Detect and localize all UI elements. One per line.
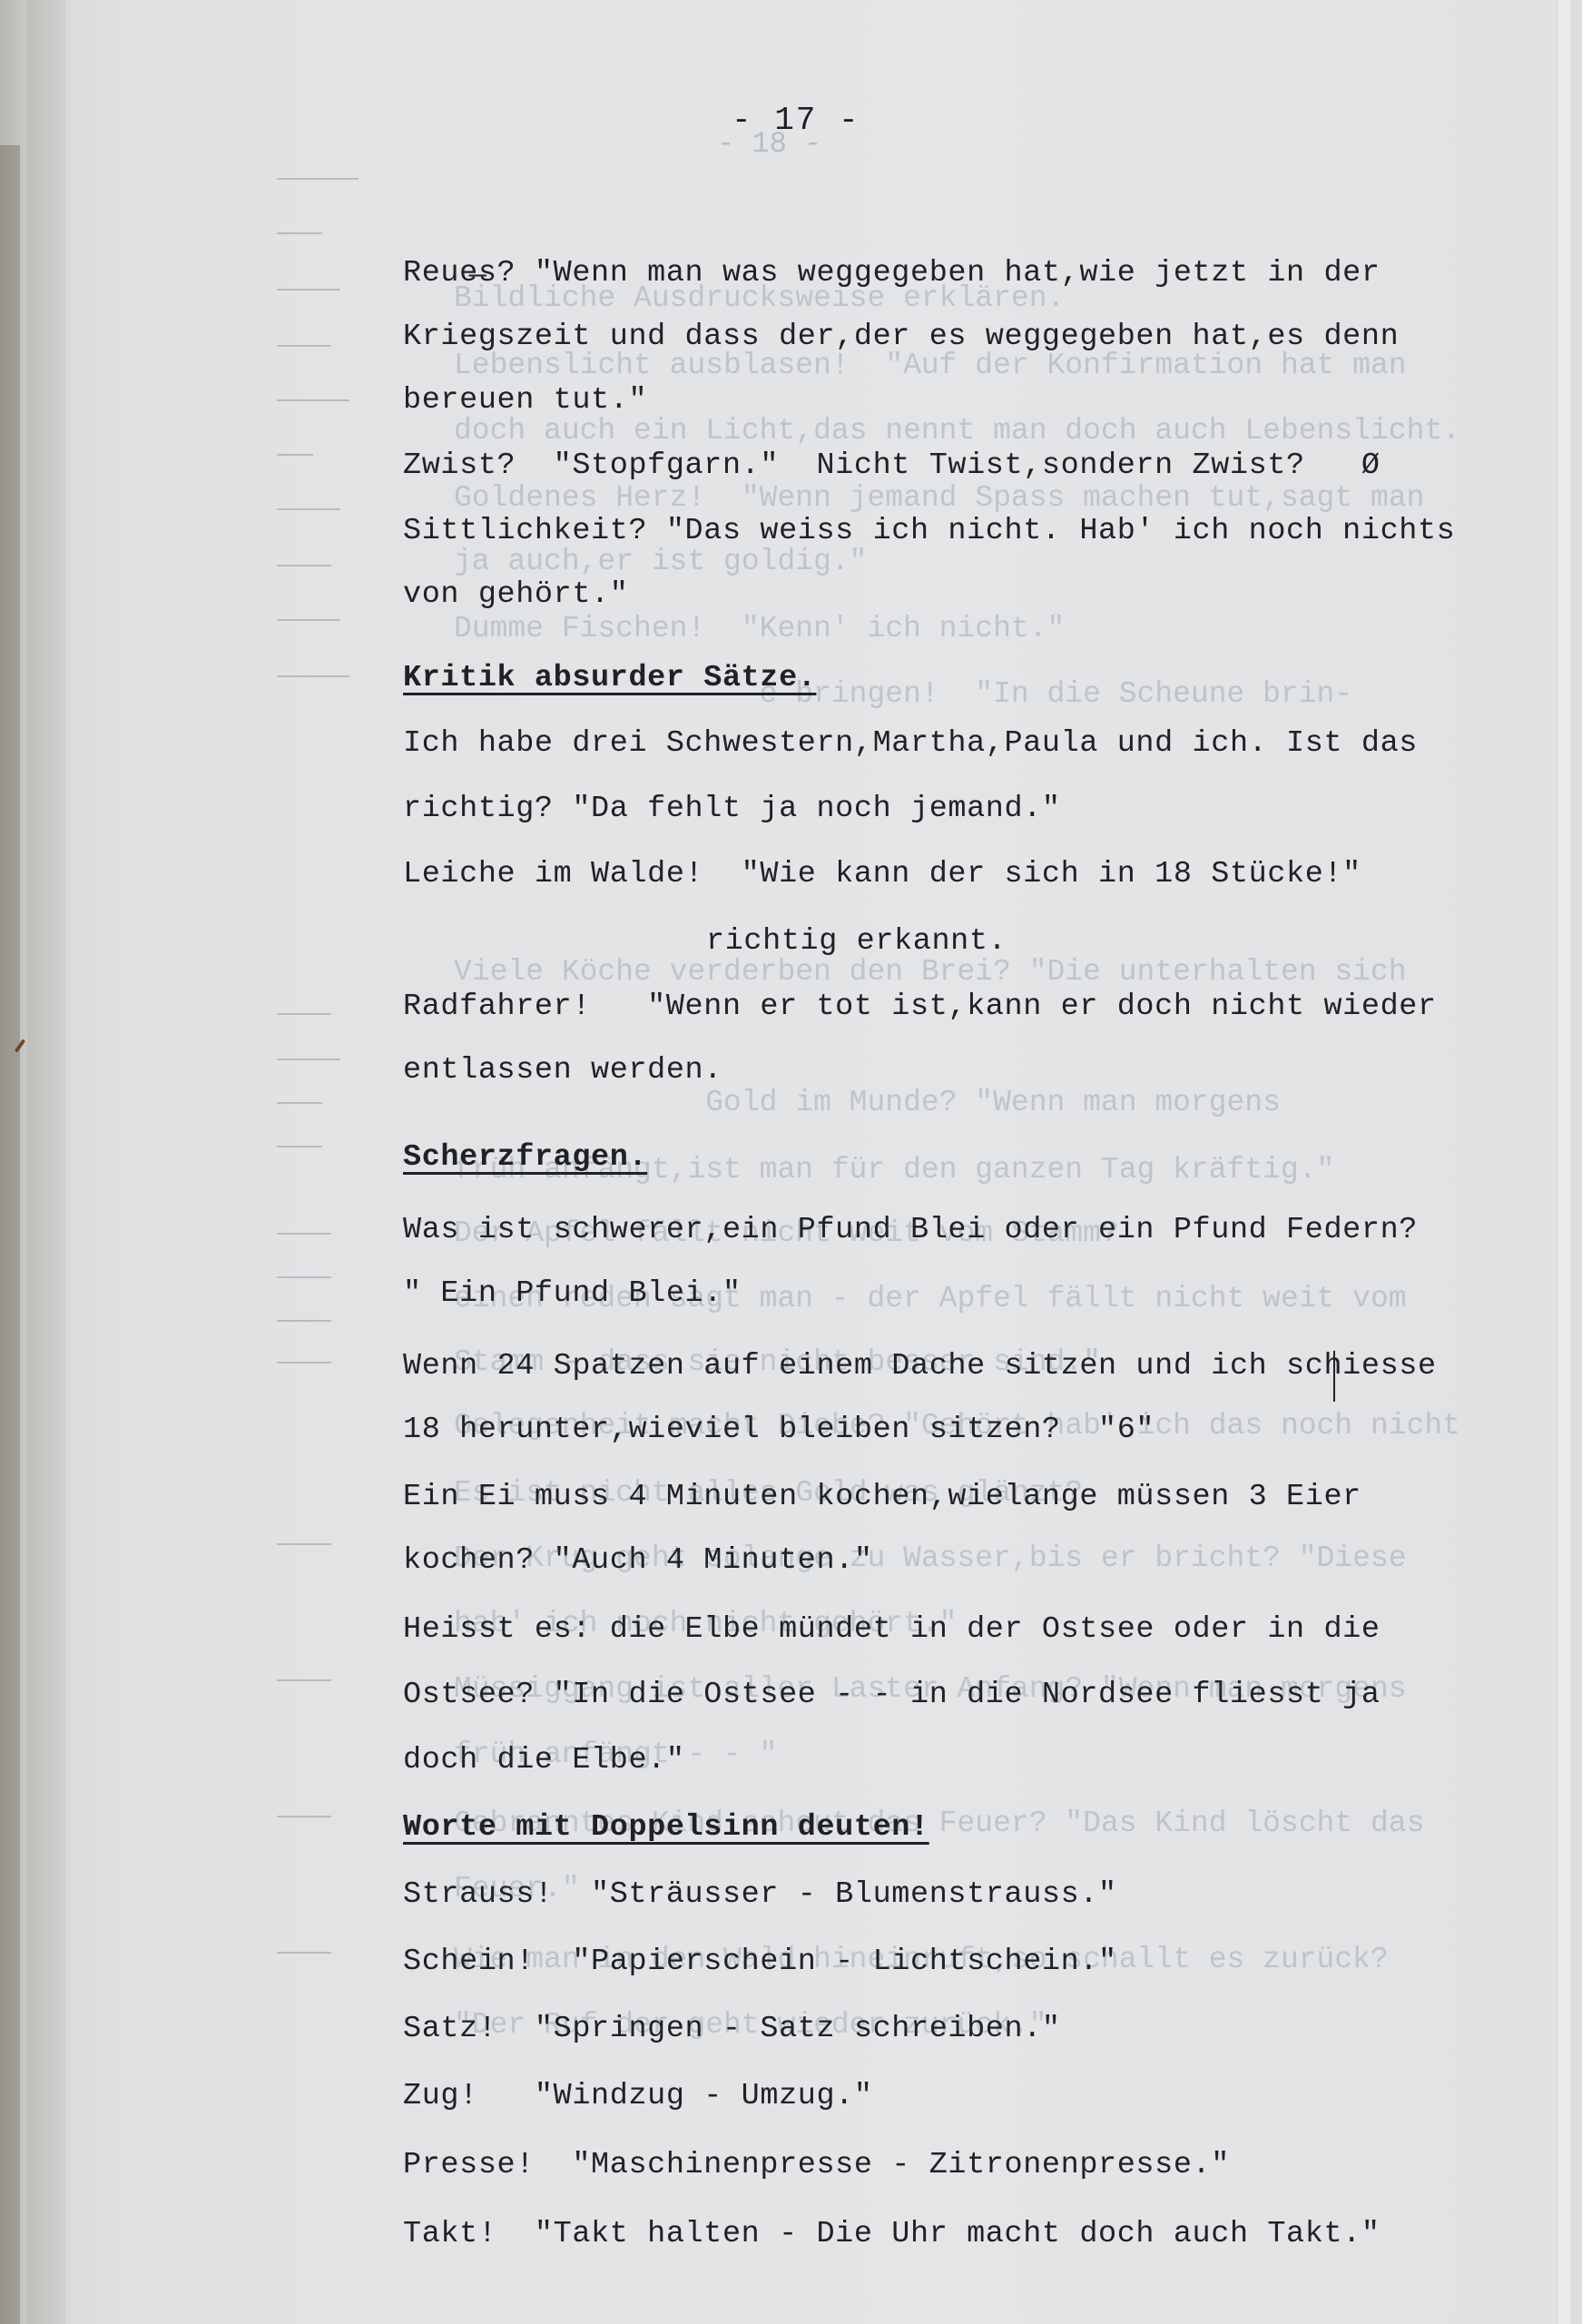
text-line: Ich habe drei Schwestern,Martha,Paula un… [403, 726, 1418, 761]
margin-mark [277, 399, 349, 401]
margin-mark [277, 675, 349, 677]
page-number: - 17 - [732, 102, 860, 139]
margin-mark [277, 1952, 331, 1954]
margin-mark [277, 619, 340, 621]
margin-mark [277, 1013, 331, 1015]
text-line: doch die Elbe." [403, 1743, 685, 1777]
section-heading: Scherzfragen. [403, 1140, 647, 1175]
text-line: kochen? "Auch 4 Minuten." [403, 1543, 873, 1578]
text-line: Leiche im Walde! "Wie kann der sich in 1… [403, 857, 1361, 891]
margin-mark [277, 345, 331, 347]
text-line: Was ist schwerer,ein Pfund Blei oder ein… [403, 1213, 1418, 1247]
text-line: Wenn 24 Spatzen auf einem Dache sitzen u… [403, 1349, 1437, 1384]
binding-shadow [0, 0, 65, 2324]
text-line: Ein Ei muss 4 Minuten kochen,wielange mü… [403, 1480, 1361, 1514]
text-line: entlassen werden. [403, 1053, 722, 1088]
margin-mark [277, 454, 313, 456]
margin-mark [277, 1320, 331, 1322]
margin-mark [277, 1543, 331, 1545]
text-line: Radfahrer! "Wenn er tot ist,kann er doch… [403, 990, 1437, 1024]
margin-mark [277, 1362, 331, 1364]
ghost-line: doch auch ein Licht,das nennt man doch a… [454, 414, 1460, 448]
margin-mark [277, 1233, 331, 1235]
margin-mark [277, 1816, 331, 1817]
text-line: Reue̶s? "Wenn man was weggegeben hat,wie… [403, 256, 1381, 290]
margin-mark [277, 289, 340, 290]
adjacent-page-edge [1557, 0, 1570, 2324]
ghost-line: Gold im Munde? "Wenn man morgens [454, 1086, 1281, 1119]
text-line: " Ein Pfund Blei." [403, 1276, 742, 1311]
text-line: Takt! "Takt halten - Die Uhr macht doch … [403, 2217, 1381, 2251]
margin-mark [277, 1276, 331, 1278]
margin-mark [277, 1679, 331, 1681]
text-line: von gehört." [403, 577, 628, 612]
margin-ruler-marks [277, 0, 377, 2324]
ghost-line: ja auch,er ist goldig." [454, 545, 867, 578]
margin-mark [277, 565, 331, 566]
margin-mark [277, 508, 340, 510]
margin-mark [277, 1059, 340, 1060]
text-line: Strauss! "Sträusser - Blumenstrauss." [403, 1877, 1117, 1912]
text-line: Zug! "Windzug - Umzug." [403, 2079, 873, 2113]
annotation-line: richtig erkannt. [706, 924, 1007, 959]
text-line: richtig? "Da fehlt ja noch jemand." [403, 792, 1061, 826]
ghost-line: Goldenes Herz! "Wenn jemand Spass machen… [454, 481, 1424, 515]
text-line: Kriegszeit und dass der,der es weggegebe… [403, 320, 1399, 354]
text-line: Presse! "Maschinenpresse - Zitronenpress… [403, 2148, 1230, 2182]
pencil-correction-mark [1333, 1351, 1335, 1402]
ghost-line: Dumme Fischen! "Kenn' ich nicht." [454, 612, 1065, 645]
text-line: Ostsee? "In die Ostsee - - in die Nordse… [403, 1678, 1381, 1712]
section-heading: Worte mit Doppelsinn deuten! [403, 1810, 929, 1845]
text-line: bereuen tut." [403, 383, 647, 418]
margin-mark [277, 1102, 322, 1104]
text-line: Satz! "Springen - Satz schreiben." [403, 2012, 1061, 2046]
text-line: 18 herunter,wieviel bleiben sitzen? "6" [403, 1413, 1155, 1447]
margin-mark [277, 178, 359, 180]
section-heading: Kritik absurder Sätze. [403, 661, 816, 695]
margin-mark [277, 232, 322, 234]
text-line: Heisst es: die Elbe mündet in der Ostsee… [403, 1612, 1381, 1647]
text-line: Schein! "Papierschein - Lichtschein." [403, 1945, 1117, 1979]
text-line: Zwist? "Stopfgarn." Nicht Twist,sondern … [403, 448, 1381, 483]
ghost-line: Viele Köche verderben den Brei? "Die unt… [454, 955, 1407, 989]
margin-mark [277, 1146, 322, 1147]
text-line: Sittlichkeit? "Das weiss ich nicht. Hab'… [403, 514, 1455, 548]
